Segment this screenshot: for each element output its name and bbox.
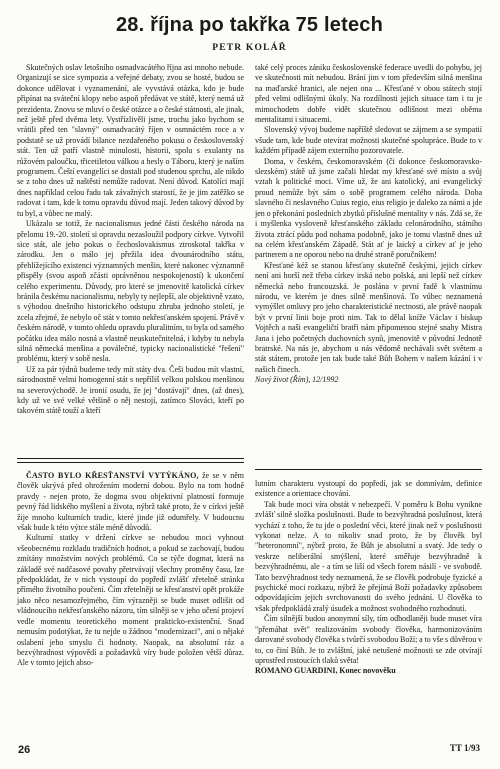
section-divider	[255, 469, 482, 470]
article-author: PETR KOLÁŘ	[17, 43, 482, 53]
paragraph: Křesťané kéž se stanou křesťany skutečně…	[255, 261, 482, 375]
article1-right-section: také celý proces zániku československé f…	[255, 63, 482, 461]
paragraph: Doma, v českém, českomoravském (či dokon…	[255, 157, 482, 261]
magazine-page: 28. října po takřka 75 letech PETR KOLÁŘ…	[0, 0, 500, 769]
article2-lead-in: ČASTO BYLO KŘESŤANSTVÍ VYTÝKÁNO,	[26, 471, 199, 480]
right-column: také celý proces zániku československé f…	[255, 63, 482, 677]
page-title: 28. října po takřka 75 letech	[17, 14, 482, 37]
paragraph: lutním charakteru vystoupí do popředí, j…	[255, 479, 482, 500]
left-column: Skutečných oslav letošního osmadvacátého…	[17, 63, 244, 677]
page-number: 26	[18, 744, 30, 756]
article2-right-section: lutním charakteru vystoupí do popředí, j…	[255, 479, 482, 677]
paragraph: Skutečných oslav letošního osmadvacátého…	[17, 63, 244, 219]
paragraph: Ukázalo se totiž, že nacionalismus jedné…	[17, 219, 244, 365]
paragraph: Už za pár týdnů budeme tedy mít státy dv…	[17, 365, 244, 417]
paragraph: ČASTO BYLO KŘESŤANSTVÍ VYTÝKÁNO, že se v…	[17, 471, 244, 533]
section-divider	[17, 458, 244, 463]
paragraph: Kulturní statky v držení církve se nebud…	[17, 533, 244, 668]
paragraph: Čím silnější budou anonymní síly, tím od…	[255, 614, 482, 666]
article2-lead-text: že se v něm člověk ukrývá před ohrožením…	[17, 471, 244, 532]
article-source: Nový život (Řím), 12/1992	[255, 375, 482, 385]
paragraph: Tak bude moci víra obstát v nebezpečí. V…	[255, 500, 482, 614]
article1-left-section: Skutečných oslav letošního osmadvacátého…	[17, 63, 244, 453]
paragraph: také celý proces zániku československé f…	[255, 63, 482, 125]
article-signature: ROMANO GUARDINI, Konec novověku	[255, 666, 482, 676]
issue-label: TT 1/93	[450, 743, 480, 753]
article2-left-section: ČASTO BYLO KŘESŤANSTVÍ VYTÝKÁNO, že se v…	[17, 471, 244, 669]
two-column-layout: Skutečných oslav letošního osmadvacátého…	[17, 63, 482, 677]
paragraph: Slovenský vývoj budeme napříště sledovat…	[255, 125, 482, 156]
